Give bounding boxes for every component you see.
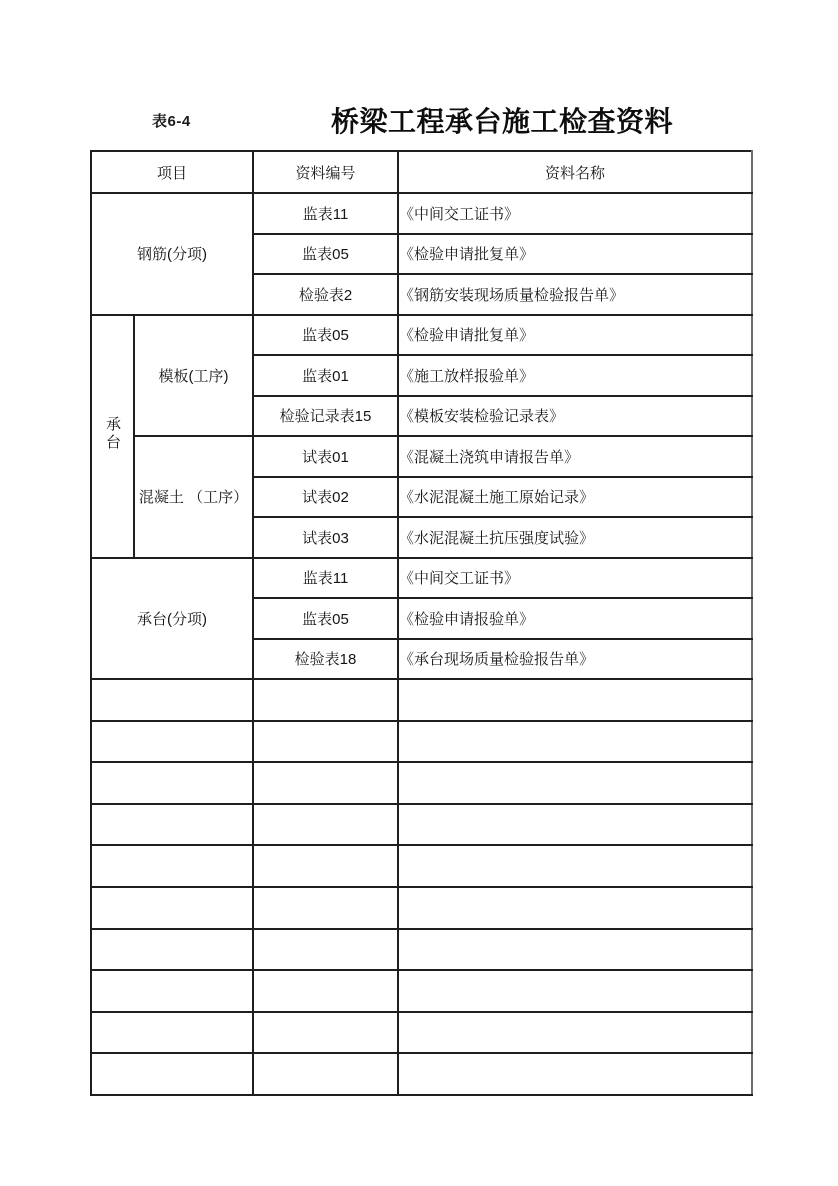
table-row: 承台 模板(工序) 监表05 《检验申请批复单》: [91, 315, 752, 356]
empty-name-cell: [398, 887, 752, 929]
code-cell: 监表05: [253, 234, 398, 275]
empty-code-cell: [253, 887, 398, 929]
name-cell: 《承台现场质量检验报告单》: [398, 639, 752, 680]
empty-item-cell: [91, 1053, 253, 1095]
empty-table-row: [91, 970, 752, 1012]
empty-rows-body: [91, 679, 752, 1095]
empty-item-cell: [91, 721, 253, 763]
empty-name-cell: [398, 929, 752, 971]
code-cell: 试表03: [253, 517, 398, 558]
code-cell: 监表05: [253, 598, 398, 639]
empty-name-cell: [398, 721, 752, 763]
group-item-cell: 钢筋(分项): [91, 193, 253, 315]
empty-table-row: [91, 1053, 752, 1095]
code-cell: 检验表2: [253, 274, 398, 315]
empty-code-cell: [253, 845, 398, 887]
code-cell: 试表02: [253, 477, 398, 518]
empty-table-row: [91, 762, 752, 804]
name-cell: 《中间交工证书》: [398, 558, 752, 599]
empty-table-row: [91, 887, 752, 929]
table-row: 钢筋(分项) 监表11 《中间交工证书》: [91, 193, 752, 234]
empty-name-cell: [398, 804, 752, 846]
name-cell: 《混凝土浇筑申请报告单》: [398, 436, 752, 477]
empty-code-cell: [253, 1012, 398, 1054]
document-page: 表6-4 桥梁工程承台施工检查资料 项目 资料编号 资料名称 钢筋(分项) 监表…: [0, 0, 838, 1186]
header-name: 资料名称: [398, 151, 752, 193]
empty-table-row: [91, 1012, 752, 1054]
subgroup-item-cell: 混凝土 （工序）: [134, 436, 253, 558]
header-code: 资料编号: [253, 151, 398, 193]
empty-item-cell: [91, 804, 253, 846]
empty-table-row: [91, 721, 752, 763]
table-row: 混凝土 （工序） 试表01 《混凝土浇筑申请报告单》: [91, 436, 752, 477]
empty-table-row: [91, 804, 752, 846]
empty-name-cell: [398, 762, 752, 804]
empty-name-cell: [398, 1012, 752, 1054]
name-cell: 《检验申请报验单》: [398, 598, 752, 639]
table-header-row: 项目 资料编号 资料名称: [91, 151, 752, 193]
inspection-table: 项目 资料编号 资料名称 钢筋(分项) 监表11 《中间交工证书》 监表05 《…: [90, 150, 753, 1096]
empty-code-cell: [253, 804, 398, 846]
empty-code-cell: [253, 1053, 398, 1095]
empty-code-cell: [253, 762, 398, 804]
name-cell: 《模板安装检验记录表》: [398, 396, 752, 437]
code-cell: 监表11: [253, 193, 398, 234]
empty-code-cell: [253, 929, 398, 971]
group-item-vertical-label: 承台: [105, 416, 120, 452]
empty-item-cell: [91, 970, 253, 1012]
empty-code-cell: [253, 721, 398, 763]
code-cell: 监表11: [253, 558, 398, 599]
empty-item-cell: [91, 679, 253, 721]
empty-code-cell: [253, 679, 398, 721]
code-cell: 检验表18: [253, 639, 398, 680]
name-cell: 《水泥混凝土抗压强度试验》: [398, 517, 752, 558]
code-cell: 试表01: [253, 436, 398, 477]
empty-item-cell: [91, 1012, 253, 1054]
table-row: 承台(分项) 监表11 《中间交工证书》: [91, 558, 752, 599]
header-item: 项目: [91, 151, 253, 193]
empty-name-cell: [398, 970, 752, 1012]
empty-item-cell: [91, 845, 253, 887]
empty-name-cell: [398, 679, 752, 721]
name-cell: 《水泥混凝土施工原始记录》: [398, 477, 752, 518]
empty-name-cell: [398, 845, 752, 887]
subgroup-item-cell: 模板(工序): [134, 315, 253, 437]
code-cell: 检验记录表15: [253, 396, 398, 437]
code-cell: 监表05: [253, 315, 398, 356]
empty-table-row: [91, 679, 752, 721]
code-cell: 监表01: [253, 355, 398, 396]
empty-item-cell: [91, 929, 253, 971]
empty-table-row: [91, 929, 752, 971]
name-cell: 《施工放样报验单》: [398, 355, 752, 396]
group-item-cell: 承台(分项): [91, 558, 253, 680]
name-cell: 《钢筋安装现场质量检验报告单》: [398, 274, 752, 315]
name-cell: 《检验申请批复单》: [398, 315, 752, 356]
empty-code-cell: [253, 970, 398, 1012]
name-cell: 《中间交工证书》: [398, 193, 752, 234]
inspection-table-body: 项目 资料编号 资料名称 钢筋(分项) 监表11 《中间交工证书》 监表05 《…: [91, 151, 752, 679]
name-cell: 《检验申请批复单》: [398, 234, 752, 275]
empty-name-cell: [398, 1053, 752, 1095]
empty-item-cell: [91, 762, 253, 804]
empty-table-row: [91, 845, 752, 887]
group-item-cell-vertical: 承台: [91, 315, 134, 558]
empty-item-cell: [91, 887, 253, 929]
page-title: 桥梁工程承台施工检查资料: [0, 100, 838, 140]
